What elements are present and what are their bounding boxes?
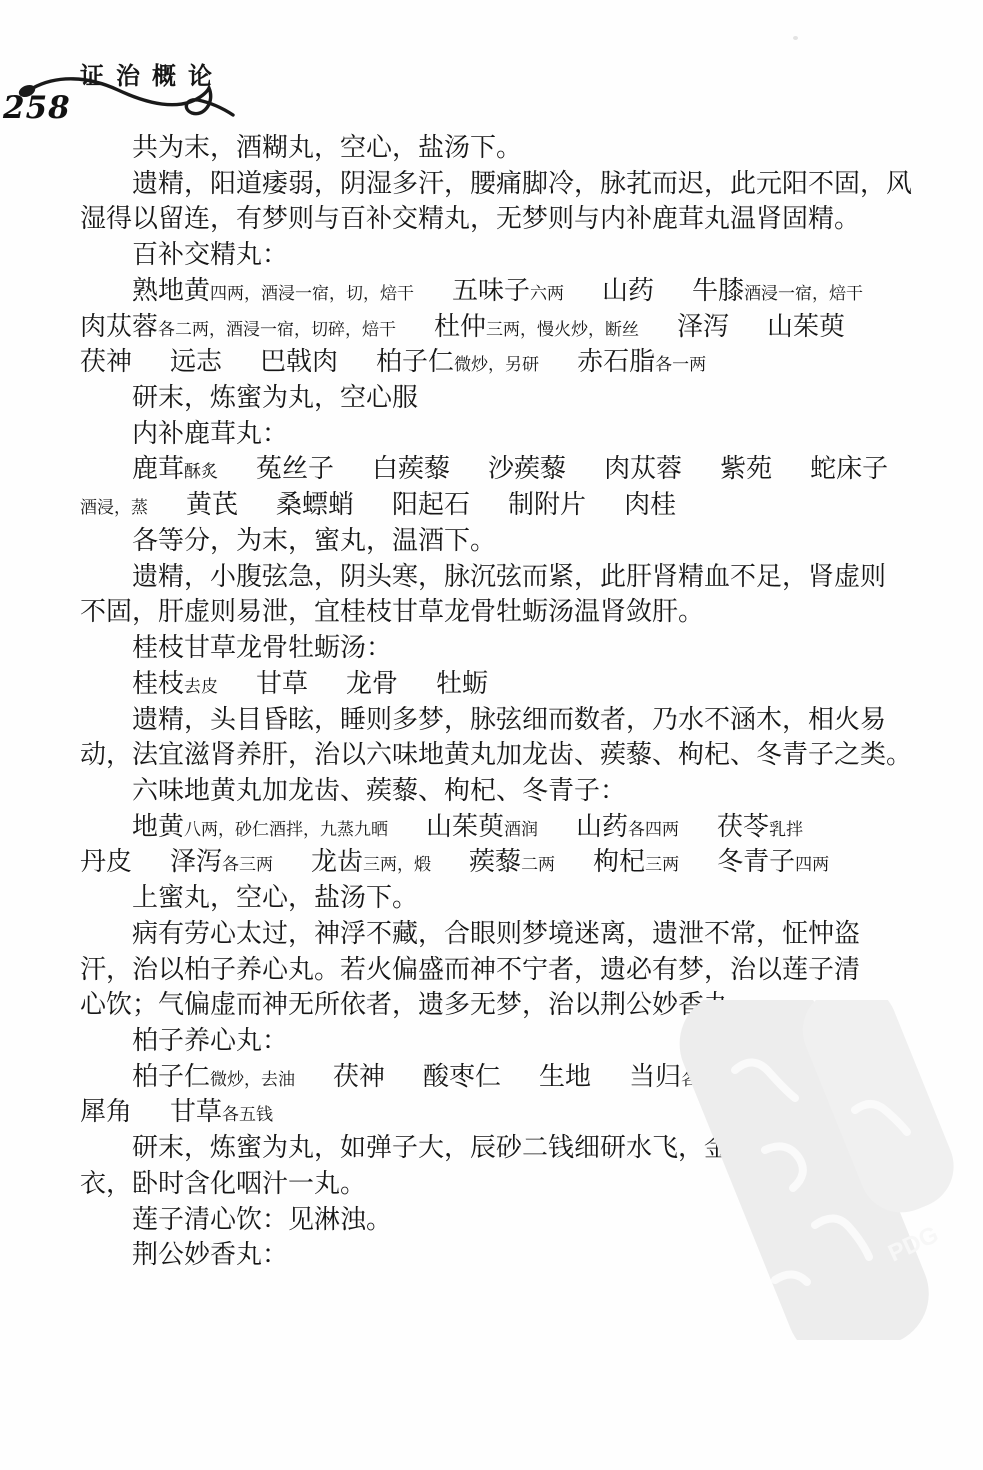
ingredient-annotation: 酒润 bbox=[504, 820, 538, 839]
page-number: 258 bbox=[3, 90, 71, 126]
item-gap bbox=[295, 1084, 333, 1085]
ingredient-name: 杜仲 bbox=[434, 312, 486, 341]
ingredient-name: 阳起石 bbox=[392, 490, 470, 519]
ingredient-name: 山茱萸 bbox=[767, 312, 845, 341]
ingredient-name: 冬青子 bbox=[717, 847, 795, 876]
ingredient-name: 酸枣仁 bbox=[423, 1062, 501, 1091]
ingredient-annotation: 三两，煅 bbox=[363, 855, 431, 874]
ingredient-name: 蛇床子 bbox=[810, 454, 888, 483]
item-gap bbox=[385, 1084, 423, 1085]
ingredient-name: 当归 bbox=[629, 1062, 681, 1091]
item-gap bbox=[639, 334, 677, 335]
item-gap bbox=[354, 512, 392, 513]
scanned-page: 证治概论 258 共为末，酒糊丸，空心，盐汤下。遗精，阳道痿弱，阴湿多汗，腰痛脚… bbox=[0, 0, 983, 1470]
ingredient-name: 黄芪 bbox=[186, 490, 238, 519]
item-gap bbox=[679, 869, 717, 870]
ingredient-name: 泽泻 bbox=[677, 312, 729, 341]
ingredient-name: 蒺藜 bbox=[469, 847, 521, 876]
item-gap bbox=[308, 691, 346, 692]
ingredient-annotation: 各四两 bbox=[628, 820, 679, 839]
text-line: 内补鹿茸丸： bbox=[80, 416, 925, 452]
text-line: 上蜜丸，空心，盐汤下。 bbox=[80, 880, 925, 916]
item-gap bbox=[539, 369, 577, 370]
ingredient-annotation: 微炒，去油 bbox=[210, 1070, 295, 1089]
text-line: 桂枝去皮甘草龙骨牡蛎 bbox=[80, 666, 925, 702]
item-gap bbox=[238, 512, 276, 513]
ingredient-name: 赤石脂 bbox=[577, 347, 655, 376]
item-gap bbox=[396, 334, 434, 335]
item-gap bbox=[682, 476, 720, 477]
ingredient-name: 远志 bbox=[170, 347, 222, 376]
text-line: 熟地黄四两，酒浸一宿，切，焙干五味子六两山药牛膝酒浸一宿，焙干 bbox=[80, 273, 925, 309]
ingredient-name: 泽泻 bbox=[170, 847, 222, 876]
ingredient-name: 地黄 bbox=[132, 812, 184, 841]
ingredient-name: 茯神 bbox=[80, 347, 132, 376]
item-gap bbox=[431, 869, 469, 870]
ingredient-name: 牛膝 bbox=[692, 276, 744, 305]
item-gap bbox=[222, 369, 260, 370]
text-line: 柏子养心丸： bbox=[80, 1023, 925, 1059]
ingredient-name: 五味子 bbox=[452, 276, 530, 305]
item-gap bbox=[148, 512, 186, 513]
text-line: 荆公妙香丸： bbox=[80, 1237, 925, 1273]
ingredient-name: 桂枝 bbox=[132, 669, 184, 698]
item-gap bbox=[591, 1084, 629, 1085]
text-line: 犀角甘草各五钱 bbox=[80, 1094, 925, 1130]
item-gap bbox=[132, 869, 170, 870]
text-line: 鹿茸酥炙菟丝子白蒺藜沙蒺藜肉苁蓉紫苑蛇床子 bbox=[80, 451, 925, 487]
item-gap bbox=[338, 369, 376, 370]
text-line: 共为末，酒糊丸，空心，盐汤下。 bbox=[80, 130, 925, 166]
text-line: 湿得以留连，有梦则与百补交精丸，无梦则与内补鹿茸丸温肾固精。 bbox=[80, 201, 925, 237]
ingredient-name: 丹皮 bbox=[80, 847, 132, 876]
ingredient-name: 枸杞 bbox=[593, 847, 645, 876]
text-line: 肉苁蓉各二两，酒浸一宿，切碎，焙干杜仲三两，慢火炒，断丝泽泻山茱萸 bbox=[80, 309, 925, 345]
item-gap bbox=[729, 334, 767, 335]
ingredient-name: 山茱萸 bbox=[426, 812, 504, 841]
item-gap bbox=[132, 369, 170, 370]
item-gap bbox=[414, 298, 452, 299]
ingredient-annotation: 酒浸一宿，焙干 bbox=[744, 284, 863, 303]
ingredient-name: 龙骨 bbox=[346, 669, 398, 698]
ingredient-name: 山药 bbox=[576, 812, 628, 841]
item-gap bbox=[566, 476, 604, 477]
text-line: 遗精，小腹弦急，阴头寒，脉沉弦而紧，此肝肾精血不足，肾虚则 bbox=[80, 559, 925, 595]
ingredient-annotation: 三两 bbox=[645, 855, 679, 874]
ingredient-name: 紫苑 bbox=[720, 454, 772, 483]
item-gap bbox=[564, 298, 602, 299]
item-gap bbox=[334, 476, 372, 477]
ingredient-name: 茯苓 bbox=[717, 812, 769, 841]
ingredient-name: 犀角 bbox=[80, 1097, 132, 1126]
ingredient-name: 鹿茸 bbox=[132, 454, 184, 483]
item-gap bbox=[388, 834, 426, 835]
ingredient-annotation: 酥炙 bbox=[184, 462, 218, 481]
item-gap bbox=[501, 1084, 539, 1085]
ingredient-name: 肉苁蓉 bbox=[80, 312, 158, 341]
text-line: 各等分，为末，蜜丸，温酒下。 bbox=[80, 523, 925, 559]
text-line: 莲子清心饮：见淋浊。 bbox=[80, 1202, 925, 1238]
text-line: 六味地黄丸加龙齿、蒺藜、枸杞、冬青子： bbox=[80, 773, 925, 809]
text-line: 丹皮泽泻各三两龙齿三两，煅蒺藜二两枸杞三两冬青子四两 bbox=[80, 844, 925, 880]
ingredient-annotation: 六两 bbox=[530, 284, 564, 303]
ingredient-annotation: 各三两 bbox=[222, 855, 273, 874]
text-line: 不固，肝虚则易泄，宜桂枝甘草龙骨牡蛎汤温肾敛肝。 bbox=[80, 594, 925, 630]
text-line: 地黄八两，砂仁酒拌，九蒸九晒山茱萸酒润山药各四两茯苓乳拌 bbox=[80, 809, 925, 845]
item-gap bbox=[450, 476, 488, 477]
item-gap bbox=[273, 869, 311, 870]
ingredient-name: 熟地黄 bbox=[132, 276, 210, 305]
text-line: 研末，炼蜜为丸，空心服 bbox=[80, 380, 925, 416]
ingredient-name: 白蒺藜 bbox=[372, 454, 450, 483]
item-gap bbox=[654, 298, 692, 299]
ingredient-name: 沙蒺藜 bbox=[488, 454, 566, 483]
ingredient-name: 龙齿 bbox=[311, 847, 363, 876]
text-line: 桂枝甘草龙骨牡蛎汤： bbox=[80, 630, 925, 666]
item-gap bbox=[218, 476, 256, 477]
scan-speck bbox=[793, 36, 798, 40]
ingredient-name: 菟丝子 bbox=[256, 454, 334, 483]
ingredient-annotation: 四两 bbox=[795, 855, 829, 874]
ingredient-name: 山药 bbox=[602, 276, 654, 305]
item-gap bbox=[679, 834, 717, 835]
text-line: 动，法宜滋肾养肝，治以六味地黄丸加龙齿、蒺藜、枸杞、冬青子之类。 bbox=[80, 737, 925, 773]
item-gap bbox=[132, 1119, 170, 1120]
item-gap bbox=[732, 1084, 770, 1085]
text-line: 柏子仁微炒，去油茯神酸枣仁生地当归各二两五味子 bbox=[80, 1059, 925, 1095]
body-text: 共为末，酒糊丸，空心，盐汤下。遗精，阳道痿弱，阴湿多汗，腰痛脚冷，脉芤而迟，此元… bbox=[80, 130, 925, 1273]
item-gap bbox=[586, 512, 624, 513]
text-line: 心饮；气偏虚而神无所依者，遗多无梦，治以荆公妙香丸。 bbox=[80, 987, 925, 1023]
ingredient-name: 巴戟肉 bbox=[260, 347, 338, 376]
ingredient-annotation: 微炒，另研 bbox=[454, 355, 539, 374]
ingredient-annotation: 四两，酒浸一宿，切，焙干 bbox=[210, 284, 414, 303]
ingredient-name: 肉桂 bbox=[624, 490, 676, 519]
ingredient-annotation: 去皮 bbox=[184, 677, 218, 696]
text-line: 百补交精丸： bbox=[80, 237, 925, 273]
text-line: 茯神远志巴戟肉柏子仁微炒，另研赤石脂各一两 bbox=[80, 344, 925, 380]
ingredient-annotation: 各二两，酒浸一宿，切碎，焙干 bbox=[158, 320, 396, 339]
ingredient-name: 茯神 bbox=[333, 1062, 385, 1091]
item-gap bbox=[538, 834, 576, 835]
text-line: 遗精，阳道痿弱，阴湿多汗，腰痛脚冷，脉芤而迟，此元阳不固，风 bbox=[80, 166, 925, 202]
item-gap bbox=[555, 869, 593, 870]
item-gap bbox=[218, 691, 256, 692]
item-gap bbox=[470, 512, 508, 513]
ingredient-annotation: 乳拌 bbox=[769, 820, 803, 839]
text-line: 研末，炼蜜为丸，如弹子大，辰砂二钱细研水飞，金箔五十张为 bbox=[80, 1130, 925, 1166]
ingredient-name: 肉苁蓉 bbox=[604, 454, 682, 483]
ingredient-name: 桑螵蛸 bbox=[276, 490, 354, 519]
text-line: 遗精，头目昏眩，睡则多梦，脉弦细而数者，乃水不涵木，相火易 bbox=[80, 702, 925, 738]
ingredient-name: 柏子仁 bbox=[132, 1062, 210, 1091]
ingredient-annotation: 各二两 bbox=[681, 1070, 732, 1089]
ingredient-annotation: 二两 bbox=[521, 855, 555, 874]
ingredient-annotation: 酒浸，蒸 bbox=[80, 498, 148, 517]
ingredient-annotation: 八两，砂仁酒拌，九蒸九晒 bbox=[184, 820, 388, 839]
ingredient-name: 甘草 bbox=[170, 1097, 222, 1126]
ingredient-name: 柏子仁 bbox=[376, 347, 454, 376]
ingredient-name: 制附片 bbox=[508, 490, 586, 519]
ingredient-name: 五味子 bbox=[770, 1062, 848, 1091]
ingredient-name: 牡蛎 bbox=[436, 669, 488, 698]
item-gap bbox=[772, 476, 810, 477]
text-line: 酒浸，蒸黄芪桑螵蛸阳起石制附片肉桂 bbox=[80, 487, 925, 523]
item-gap bbox=[398, 691, 436, 692]
text-line: 衣，卧时含化咽汁一丸。 bbox=[80, 1166, 925, 1202]
text-line: 汗，治以柏子养心丸。若火偏盛而神不宁者，遗必有梦，治以莲子清 bbox=[80, 952, 925, 988]
ingredient-annotation: 各五钱 bbox=[222, 1105, 273, 1124]
ingredient-annotation: 三两，慢火炒，断丝 bbox=[486, 320, 639, 339]
ingredient-name: 生地 bbox=[539, 1062, 591, 1091]
ingredient-name: 甘草 bbox=[256, 669, 308, 698]
text-line: 病有劳心太过，神浮不藏，合眼则梦境迷离，遗泄不常，怔忡盗 bbox=[80, 916, 925, 952]
ingredient-annotation: 各一两 bbox=[655, 355, 706, 374]
